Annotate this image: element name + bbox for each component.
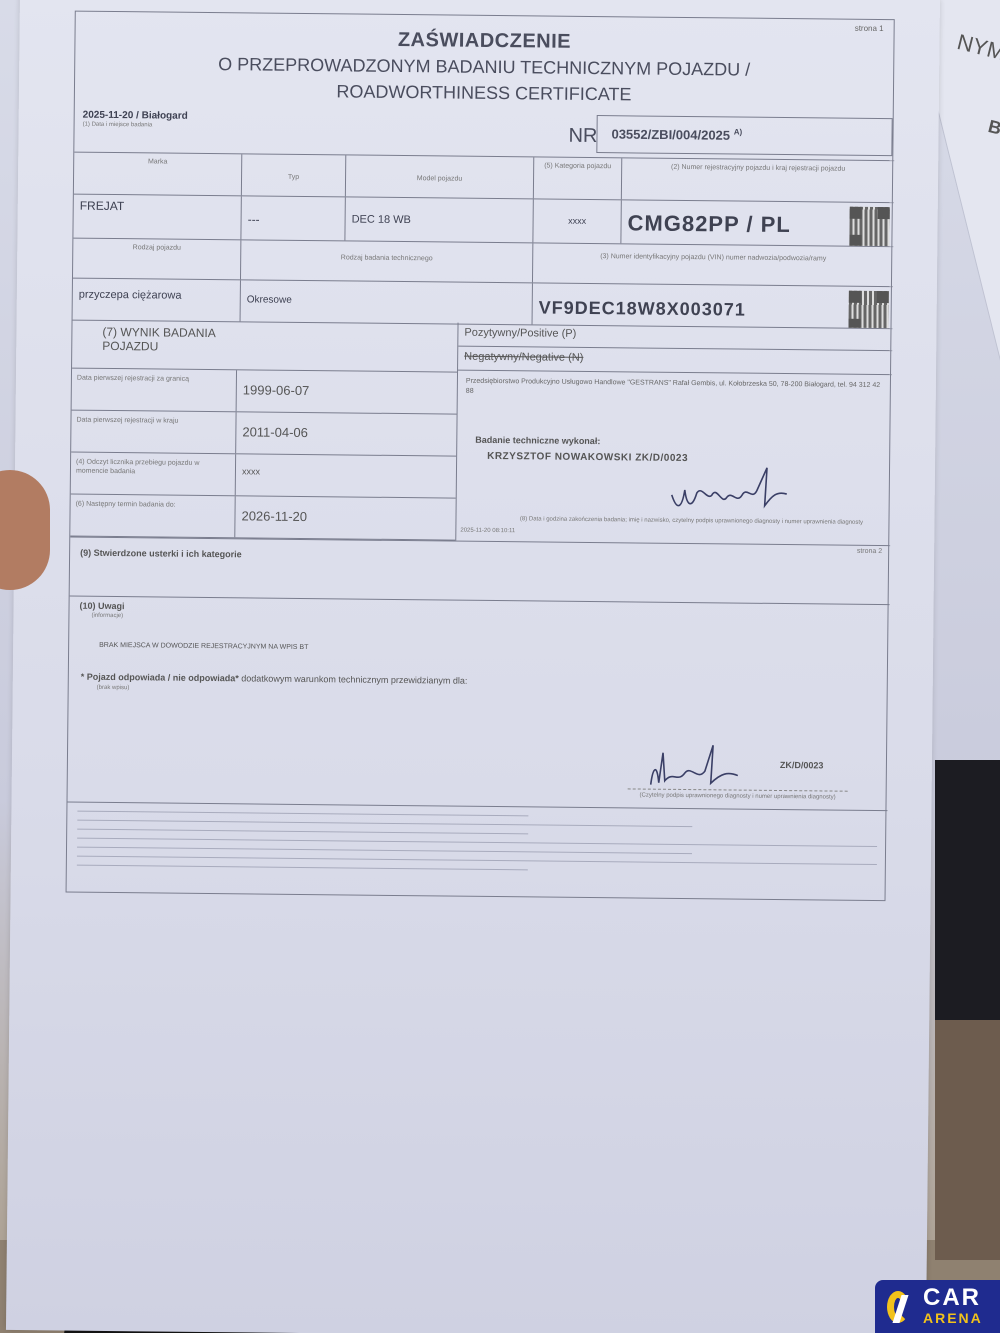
odometer-label: (4) Odczyt licznika przebiegu pojazdu w … bbox=[71, 453, 236, 496]
label: Rodzaj pojazdu bbox=[79, 243, 234, 254]
model-header: Model pojazdu bbox=[346, 155, 534, 198]
footnote-mark: A) bbox=[734, 127, 743, 136]
result-section: (7) WYNIK BADANIA POJAZDU Data pierwszej… bbox=[70, 319, 457, 541]
next-test-label: (6) Następny termin badania do: bbox=[70, 495, 235, 538]
footnote-line bbox=[77, 838, 877, 847]
signature-icon bbox=[643, 743, 774, 794]
vin-cell: VF9DEC18W8X003071 bbox=[533, 283, 893, 328]
certificate-number: 03552/ZBI/004/2025 A) bbox=[611, 126, 742, 143]
defects-title: (9) Stwierdzone usterki i ich kategorie bbox=[80, 548, 242, 560]
remarks-section: (10) Uwagi (informacje) BRAK MIEJSCA W D… bbox=[68, 597, 890, 806]
category-value: xxxx bbox=[540, 215, 615, 226]
registration-header: (2) Numer rejestracyjny pojazdu i kraj r… bbox=[622, 158, 894, 202]
diagnostician-name: KRZYSZTOF NOWAKOWSKI ZK/D/0023 bbox=[487, 451, 688, 464]
conformity-prefix: * Pojazd odpowiada / nie odpowiada* bbox=[81, 672, 239, 684]
remarks-title: (10) Uwagi bbox=[80, 601, 125, 611]
date-place-caption: (1) Data i miejsce badania bbox=[83, 122, 153, 129]
conformity-statement: * Pojazd odpowiada / nie odpowiada* doda… bbox=[81, 672, 468, 686]
first-registration-domestic-label: Data pierwszej rejestracji w kraju bbox=[71, 411, 236, 454]
page-label: strona 1 bbox=[855, 24, 884, 33]
vehicle-table: Marka Typ Model pojazdu (5) Kategoria po… bbox=[73, 152, 895, 330]
signature-time: 2025-11-20 08:10:11 bbox=[460, 528, 515, 535]
category-cell: xxxx bbox=[533, 199, 621, 243]
background-sheet-text: NYM PO bbox=[954, 29, 1000, 75]
vin-header: (3) Numer identyfikacyjny pojazdu (VIN) … bbox=[533, 243, 893, 286]
signature-caption: (8) Data i godzina zakończenia badania; … bbox=[496, 515, 886, 527]
remarks-note: BRAK MIEJSCA W DOWODZIE REJESTRACYJNYM N… bbox=[99, 642, 308, 651]
test-kind-header: Rodzaj badania technicznego bbox=[241, 240, 533, 282]
vehicle-kind-cell: przyczepa ciężarowa bbox=[73, 279, 241, 322]
registration-cell: CMG82PP / PL bbox=[621, 200, 893, 246]
label: (3) Numer identyfikacyjny pojazdu (VIN) … bbox=[539, 251, 887, 264]
background-car-panel bbox=[935, 760, 1000, 1020]
make-header: Marka bbox=[74, 153, 242, 196]
first-registration-abroad-value: 1999-06-07 bbox=[237, 370, 457, 413]
result-row: (6) Następny termin badania do:2026-11-2… bbox=[70, 495, 455, 541]
result-heading: (7) WYNIK BADANIA POJAZDU bbox=[72, 319, 458, 373]
category-header: (5) Kategoria pojazdu bbox=[534, 157, 622, 199]
certificate-sheet: strona 1 ZAŚWIADCZENIE O PRZEPROWADZONYM… bbox=[6, 0, 940, 1333]
qr-code-icon bbox=[848, 291, 888, 328]
date-place: 2025-11-20 / Białogard bbox=[83, 110, 188, 122]
label: Typ bbox=[248, 172, 339, 182]
type-value: --- bbox=[248, 212, 339, 227]
type-cell: --- bbox=[241, 196, 345, 240]
page-label: strona 2 bbox=[857, 548, 882, 555]
label: (2) Numer rejestracyjny pojazdu i kraj r… bbox=[628, 162, 888, 174]
car-arena-logo-icon bbox=[887, 1291, 913, 1323]
certificate-form: strona 1 ZAŚWIADCZENIE O PRZEPROWADZONYM… bbox=[66, 11, 895, 902]
signature-icon bbox=[667, 465, 808, 516]
make-cell: FREJAT bbox=[73, 195, 241, 240]
defects-section: (9) Stwierdzone usterki i ich kategorie … bbox=[70, 537, 891, 606]
footnote-line bbox=[77, 820, 692, 827]
diagnostician-code: ZK/D/0023 bbox=[780, 760, 824, 770]
background-car-interior bbox=[935, 1020, 1000, 1260]
car-arena-watermark: CAR ARENA bbox=[875, 1280, 1000, 1333]
conformity-rest: dodatkowym warunkom technicznym przewidz… bbox=[239, 673, 468, 685]
vin-value: VF9DEC18W8X003071 bbox=[539, 297, 887, 322]
background-sheet-text: BI/004/20 bbox=[986, 116, 1000, 155]
model-value: DEC 18 WB bbox=[352, 213, 527, 227]
test-kind-cell: Okresowe bbox=[241, 280, 533, 324]
brand-bottom: ARENA bbox=[923, 1311, 983, 1325]
executed-by-label: Badanie techniczne wykonał: bbox=[475, 435, 600, 446]
odometer-value: xxxx bbox=[236, 454, 456, 497]
qr-code-icon bbox=[849, 207, 889, 246]
label: (5) Kategoria pojazdu bbox=[540, 161, 615, 171]
footnote-line bbox=[77, 829, 528, 835]
result-outcome: Pozytywny/Positive (P) Negatywny/Negativ… bbox=[455, 323, 892, 546]
first-registration-domestic-value: 2011-04-06 bbox=[236, 412, 456, 455]
vehicle-kind-value: przyczepa ciężarowa bbox=[79, 289, 234, 303]
certificate-number-box: 03552/ZBI/004/2025 A) bbox=[596, 115, 892, 156]
document-subtitle: O PRZEPROWADZONYM BADANIU TECHNICZNYM PO… bbox=[75, 50, 893, 111]
model-cell: DEC 18 WB bbox=[345, 197, 533, 242]
legal-footnotes bbox=[67, 802, 888, 903]
footnote-line bbox=[77, 856, 877, 865]
brand-top: CAR bbox=[923, 1284, 981, 1311]
certificate-number-value: 03552/ZBI/004/2025 bbox=[611, 127, 730, 143]
footnote-line bbox=[77, 865, 528, 871]
result-row: Data pierwszej rejestracji za granicą199… bbox=[72, 369, 457, 415]
signature-caption: (Czytelny podpis uprawnionego diagnosty … bbox=[628, 788, 848, 801]
test-kind-value: Okresowe bbox=[247, 294, 526, 308]
vehicle-kind-header: Rodzaj pojazdu bbox=[73, 239, 241, 280]
label: Rodzaj badania technicznego bbox=[247, 252, 526, 264]
label: Model pojazdu bbox=[352, 173, 527, 184]
nr-label: NR bbox=[568, 125, 597, 148]
result-row: (4) Odczyt licznika przebiegu pojazdu w … bbox=[71, 453, 456, 499]
footnote-line bbox=[77, 847, 692, 854]
next-test-value: 2026-11-20 bbox=[235, 496, 455, 539]
conformity-sub: (brak wpisu) bbox=[97, 685, 130, 691]
type-header: Typ bbox=[242, 154, 346, 196]
footnote-line bbox=[77, 811, 528, 817]
result-heading-line: POJAZDU bbox=[102, 339, 427, 356]
hand-thumb bbox=[0, 470, 50, 590]
remarks-subtitle: (informacje) bbox=[91, 613, 123, 619]
label: Marka bbox=[80, 157, 235, 168]
first-registration-abroad-label: Data pierwszej rejestracji za granicą bbox=[72, 369, 237, 412]
make-value: FREJAT bbox=[80, 199, 235, 215]
station-address: Przedsiębiorstwo Produkcyjno Usługowo Ha… bbox=[458, 371, 892, 408]
result-row: Data pierwszej rejestracji w kraju2011-0… bbox=[71, 411, 456, 457]
logo-text: CAR ARENA bbox=[923, 1288, 983, 1325]
